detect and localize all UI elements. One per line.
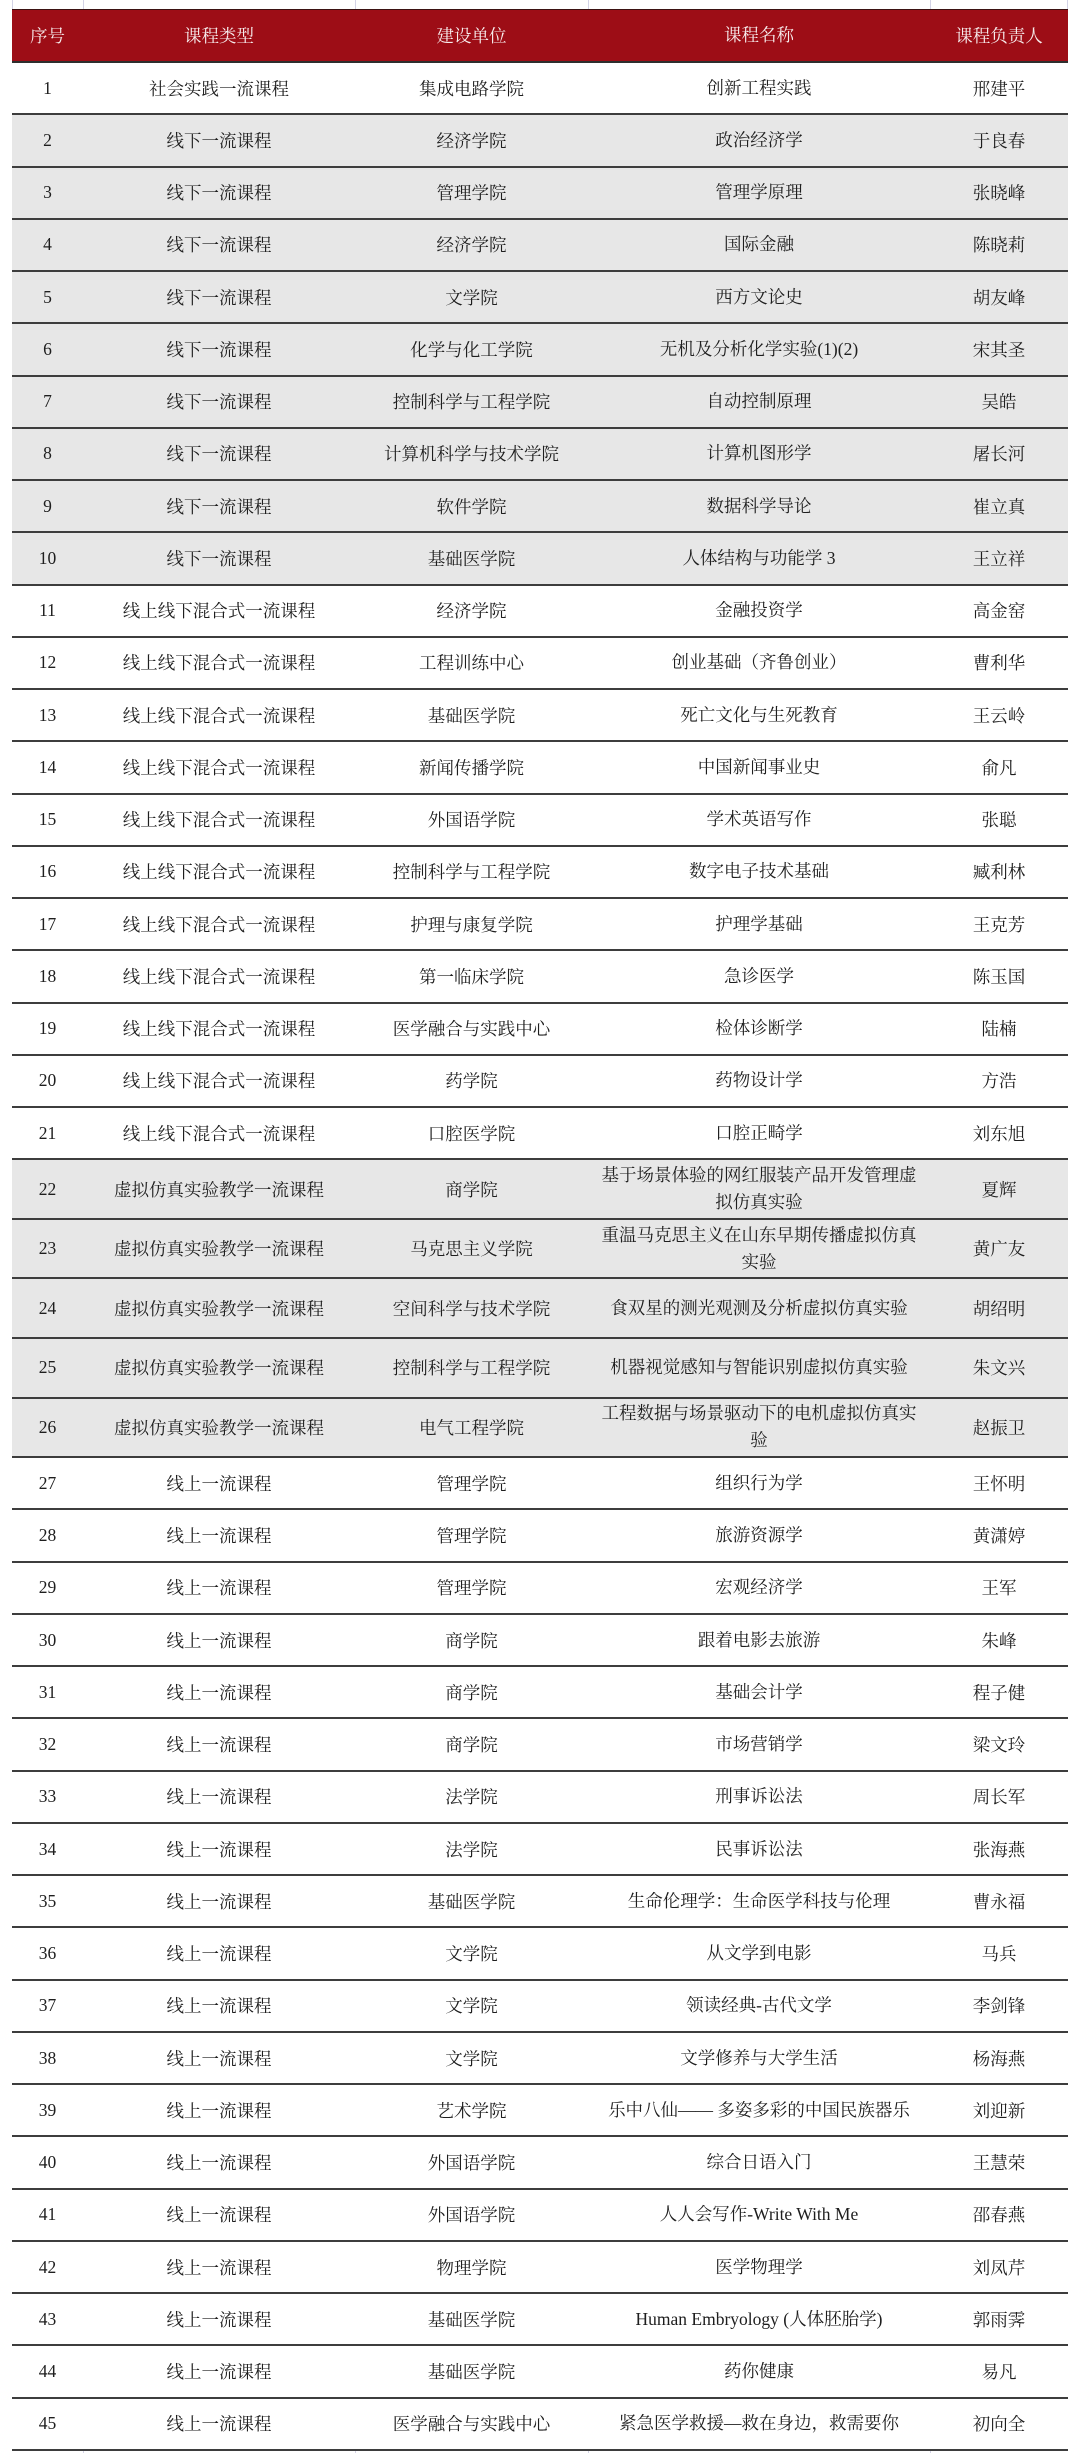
cell-course-type: 线上一流课程 [83,1719,355,1769]
cell-index: 28 [12,1510,83,1560]
cell-course-type: 虚拟仿真实验教学一流课程 [83,1399,355,1457]
cell-course-name: 医学物理学 [588,2242,930,2292]
table-row: 22虚拟仿真实验教学一流课程商学院基于场景体验的网红服装产品开发管理虚拟仿真实验… [12,1160,1068,1220]
cell-index: 2 [12,115,83,165]
cell-index: 41 [12,2190,83,2240]
cell-unit: 基础医学院 [355,2294,588,2344]
table-row: 28线上一流课程管理学院旅游资源学黄潇婷 [12,1510,1068,1562]
cell-course-type: 线上一流课程 [83,2190,355,2240]
cell-course-name: 药物设计学 [588,1056,930,1106]
cell-course-name: 组织行为学 [588,1458,930,1508]
cell-index: 22 [12,1160,83,1218]
cell-index: 27 [12,1458,83,1508]
header-index: 序号 [12,10,83,61]
table-row: 27线上一流课程管理学院组织行为学王怀明 [12,1458,1068,1510]
cell-unit: 文学院 [355,2033,588,2083]
cell-course-type: 线上一流课程 [83,2137,355,2187]
cell-index: 15 [12,795,83,845]
cell-lead: 程子健 [930,1667,1068,1717]
cell-lead: 李剑锋 [930,1981,1068,2031]
cell-index: 43 [12,2294,83,2344]
cell-unit: 商学院 [355,1160,588,1218]
cell-course-type: 线上线下混合式一流课程 [83,795,355,845]
table-row: 38线上一流课程文学院文学修养与大学生活杨海燕 [12,2033,1068,2085]
cell-unit: 计算机科学与技术学院 [355,429,588,479]
cell-course-name: 检体诊断学 [588,1004,930,1054]
cell-unit: 商学院 [355,1719,588,1769]
cell-index: 10 [12,533,83,583]
cell-index: 32 [12,1719,83,1769]
cell-unit: 控制科学与工程学院 [355,847,588,897]
cell-unit: 管理学院 [355,1510,588,1560]
cell-index: 37 [12,1981,83,2031]
cell-lead: 陈玉国 [930,951,1068,1001]
table-row: 36线上一流课程文学院从文学到电影马兵 [12,1928,1068,1980]
cell-lead: 张晓峰 [930,168,1068,218]
cell-course-name: 重温马克思主义在山东早期传播虚拟仿真实验 [588,1220,930,1278]
table-header: 序号 课程类型 建设单位 课程名称 课程负责人 [12,9,1068,63]
cell-lead: 于良春 [930,115,1068,165]
cell-course-name: 数据科学导论 [588,481,930,531]
column-divider [588,0,589,9]
cell-course-type: 线上一流课程 [83,1772,355,1822]
table-row: 1社会实践一流课程集成电路学院创新工程实践邢建平 [12,63,1068,115]
cell-unit: 文学院 [355,272,588,322]
table-row: 44线上一流课程基础医学院药你健康易凡 [12,2346,1068,2398]
cell-lead: 俞凡 [930,742,1068,792]
cell-lead: 吴皓 [930,377,1068,427]
cell-unit: 第一临床学院 [355,951,588,1001]
cell-course-name: 领读经典-古代文学 [588,1981,930,2031]
cell-course-name: 从文学到电影 [588,1928,930,1978]
cell-unit: 法学院 [355,1824,588,1874]
cell-lead: 初向全 [930,2399,1068,2449]
table-row: 17线上线下混合式一流课程护理与康复学院护理学基础王克芳 [12,899,1068,951]
cell-lead: 邢建平 [930,63,1068,113]
cell-index: 24 [12,1279,83,1337]
cell-unit: 商学院 [355,1615,588,1665]
cell-course-type: 线下一流课程 [83,481,355,531]
cell-unit: 法学院 [355,1772,588,1822]
column-divider [355,0,356,9]
cell-unit: 文学院 [355,1981,588,2031]
cell-unit: 管理学院 [355,168,588,218]
cell-course-type: 线上一流课程 [83,1981,355,2031]
cell-course-name: 政治经济学 [588,115,930,165]
table-row: 26虚拟仿真实验教学一流课程电气工程学院工程数据与场景驱动下的电机虚拟仿真实验赵… [12,1399,1068,1459]
cell-course-name: 民事诉讼法 [588,1824,930,1874]
cell-lead: 王慧荣 [930,2137,1068,2187]
cell-course-type: 线上线下混合式一流课程 [83,1056,355,1106]
cell-lead: 刘东旭 [930,1108,1068,1158]
header-unit: 建设单位 [355,10,588,61]
cell-lead: 高金窑 [930,586,1068,636]
cell-unit: 基础医学院 [355,1876,588,1926]
cell-lead: 朱文兴 [930,1339,1068,1397]
cell-lead: 邵春燕 [930,2190,1068,2240]
column-divider [1067,0,1068,9]
cell-lead: 曹利华 [930,638,1068,688]
cell-lead: 朱峰 [930,1615,1068,1665]
table-row: 24虚拟仿真实验教学一流课程空间科学与技术学院食双星的测光观测及分析虚拟仿真实验… [12,1279,1068,1339]
table-row: 45线上一流课程医学融合与实践中心紧急医学救援—救在身边，救需要你初向全 [12,2399,1068,2451]
cell-unit: 电气工程学院 [355,1399,588,1457]
cell-index: 34 [12,1824,83,1874]
cell-index: 19 [12,1004,83,1054]
cell-unit: 控制科学与工程学院 [355,377,588,427]
table-row: 21线上线下混合式一流课程口腔医学院口腔正畸学刘东旭 [12,1108,1068,1160]
cell-unit: 外国语学院 [355,2190,588,2240]
cell-index: 42 [12,2242,83,2292]
cell-index: 5 [12,272,83,322]
table-row: 25虚拟仿真实验教学一流课程控制科学与工程学院机器视觉感知与智能识别虚拟仿真实验… [12,1339,1068,1399]
cell-lead: 宋其圣 [930,324,1068,374]
cell-course-name: 基础会计学 [588,1667,930,1717]
cell-course-name: 机器视觉感知与智能识别虚拟仿真实验 [588,1339,930,1397]
table-row: 19线上线下混合式一流课程医学融合与实践中心检体诊断学陆楠 [12,1004,1068,1056]
cell-course-name: Human Embryology (人体胚胎学) [588,2294,930,2344]
cell-lead: 刘迎新 [930,2085,1068,2135]
cell-course-name: 护理学基础 [588,899,930,949]
table-row: 5线下一流课程文学院西方文论史胡友峰 [12,272,1068,324]
cell-course-name: 跟着电影去旅游 [588,1615,930,1665]
table-row: 30线上一流课程商学院跟着电影去旅游朱峰 [12,1615,1068,1667]
cell-unit: 护理与康复学院 [355,899,588,949]
cell-course-type: 社会实践一流课程 [83,63,355,113]
table-row: 40线上一流课程外国语学院综合日语入门王慧荣 [12,2137,1068,2189]
table-row: 33线上一流课程法学院刑事诉讼法周长军 [12,1772,1068,1824]
cell-index: 8 [12,429,83,479]
cell-lead: 张海燕 [930,1824,1068,1874]
cell-index: 4 [12,220,83,270]
cell-lead: 黄广友 [930,1220,1068,1278]
cell-unit: 管理学院 [355,1458,588,1508]
cell-index: 1 [12,63,83,113]
cell-index: 6 [12,324,83,374]
cell-index: 17 [12,899,83,949]
cell-index: 7 [12,377,83,427]
cell-unit: 文学院 [355,1928,588,1978]
cell-unit: 基础医学院 [355,2346,588,2396]
cell-lead: 杨海燕 [930,2033,1068,2083]
cell-course-type: 线上一流课程 [83,1615,355,1665]
cell-course-name: 紧急医学救援—救在身边，救需要你 [588,2399,930,2449]
table-row: 13线上线下混合式一流课程基础医学院死亡文化与生死教育王云岭 [12,690,1068,742]
table-row: 8线下一流课程计算机科学与技术学院计算机图形学屠长河 [12,429,1068,481]
table-row: 23虚拟仿真实验教学一流课程马克思主义学院重温马克思主义在山东早期传播虚拟仿真实… [12,1220,1068,1280]
cell-course-type: 线上线下混合式一流课程 [83,586,355,636]
cell-course-type: 线上一流课程 [83,2399,355,2449]
cell-lead: 崔立真 [930,481,1068,531]
cell-course-name: 综合日语入门 [588,2137,930,2187]
cell-course-name: 市场营销学 [588,1719,930,1769]
cell-course-name: 基于场景体验的网红服装产品开发管理虚拟仿真实验 [588,1160,930,1218]
cell-course-type: 线上线下混合式一流课程 [83,690,355,740]
cell-course-name: 乐中八仙—— 多姿多彩的中国民族器乐 [588,2085,930,2135]
cell-lead: 胡友峰 [930,272,1068,322]
table-row: 10线下一流课程基础医学院人体结构与功能学 3王立祥 [12,533,1068,585]
cell-lead: 夏辉 [930,1160,1068,1218]
table-row: 42线上一流课程物理学院医学物理学刘凤芹 [12,2242,1068,2294]
cell-course-type: 线上一流课程 [83,1510,355,1560]
cell-index: 16 [12,847,83,897]
table-row: 37线上一流课程文学院领读经典-古代文学李剑锋 [12,1981,1068,2033]
cell-course-type: 线上一流课程 [83,1458,355,1508]
cell-unit: 医学融合与实践中心 [355,2399,588,2449]
table-row: 39线上一流课程艺术学院乐中八仙—— 多姿多彩的中国民族器乐刘迎新 [12,2085,1068,2137]
cell-course-name: 食双星的测光观测及分析虚拟仿真实验 [588,1279,930,1337]
table-row: 14线上线下混合式一流课程新闻传播学院中国新闻事业史俞凡 [12,742,1068,794]
cell-lead: 曹永福 [930,1876,1068,1926]
cell-lead: 屠长河 [930,429,1068,479]
cell-course-type: 虚拟仿真实验教学一流课程 [83,1160,355,1218]
cell-course-type: 线下一流课程 [83,429,355,479]
cell-lead: 臧利林 [930,847,1068,897]
cell-course-type: 线下一流课程 [83,533,355,583]
top-column-lines [0,0,1080,9]
table-row: 12线上线下混合式一流课程工程训练中心创业基础（齐鲁创业）曹利华 [12,638,1068,690]
cell-course-name: 管理学原理 [588,168,930,218]
table-row: 35线上一流课程基础医学院生命伦理学：生命医学科技与伦理曹永福 [12,1876,1068,1928]
cell-course-type: 线上线下混合式一流课程 [83,847,355,897]
table-row: 18线上线下混合式一流课程第一临床学院急诊医学陈玉国 [12,951,1068,1003]
cell-index: 35 [12,1876,83,1926]
cell-lead: 陈晓莉 [930,220,1068,270]
cell-course-type: 线上线下混合式一流课程 [83,638,355,688]
cell-lead: 胡绍明 [930,1279,1068,1337]
cell-unit: 药学院 [355,1056,588,1106]
cell-unit: 软件学院 [355,481,588,531]
cell-unit: 工程训练中心 [355,638,588,688]
table-row: 34线上一流课程法学院民事诉讼法张海燕 [12,1824,1068,1876]
cell-lead: 王克芳 [930,899,1068,949]
cell-lead: 刘凤芹 [930,2242,1068,2292]
cell-course-name: 宏观经济学 [588,1563,930,1613]
course-table: 序号 课程类型 建设单位 课程名称 课程负责人 1社会实践一流课程集成电路学院创… [12,9,1068,2451]
cell-course-type: 线下一流课程 [83,220,355,270]
cell-unit: 化学与化工学院 [355,324,588,374]
cell-course-name: 创新工程实践 [588,63,930,113]
cell-unit: 口腔医学院 [355,1108,588,1158]
table-row: 11线上线下混合式一流课程经济学院金融投资学高金窑 [12,586,1068,638]
cell-course-name: 死亡文化与生死教育 [588,690,930,740]
table-row: 29线上一流课程管理学院宏观经济学王军 [12,1563,1068,1615]
cell-lead: 张聪 [930,795,1068,845]
cell-course-name: 口腔正畸学 [588,1108,930,1158]
cell-unit: 基础医学院 [355,533,588,583]
table-row: 43线上一流课程基础医学院Human Embryology (人体胚胎学)郭雨霁 [12,2294,1068,2346]
cell-index: 39 [12,2085,83,2135]
table-row: 16线上线下混合式一流课程控制科学与工程学院数字电子技术基础臧利林 [12,847,1068,899]
table-row: 9线下一流课程软件学院数据科学导论崔立真 [12,481,1068,533]
cell-unit: 控制科学与工程学院 [355,1339,588,1397]
cell-unit: 艺术学院 [355,2085,588,2135]
cell-course-name: 计算机图形学 [588,429,930,479]
cell-lead: 方浩 [930,1056,1068,1106]
cell-unit: 经济学院 [355,220,588,270]
cell-course-name: 金融投资学 [588,586,930,636]
table-row: 4线下一流课程经济学院国际金融陈晓莉 [12,220,1068,272]
cell-index: 21 [12,1108,83,1158]
cell-index: 29 [12,1563,83,1613]
cell-course-name: 刑事诉讼法 [588,1772,930,1822]
cell-course-name: 旅游资源学 [588,1510,930,1560]
cell-index: 26 [12,1399,83,1457]
cell-index: 9 [12,481,83,531]
table-row: 6线下一流课程化学与化工学院无机及分析化学实验(1)(2)宋其圣 [12,324,1068,376]
cell-index: 13 [12,690,83,740]
cell-course-type: 线上一流课程 [83,1928,355,1978]
cell-index: 45 [12,2399,83,2449]
cell-unit: 经济学院 [355,115,588,165]
cell-course-type: 线下一流课程 [83,324,355,374]
cell-index: 23 [12,1220,83,1278]
cell-index: 40 [12,2137,83,2187]
table-row: 32线上一流课程商学院市场营销学梁文玲 [12,1719,1068,1771]
cell-course-type: 线上一流课程 [83,1667,355,1717]
cell-index: 36 [12,1928,83,1978]
header-lead: 课程负责人 [930,10,1068,61]
cell-course-type: 线下一流课程 [83,377,355,427]
cell-unit: 医学融合与实践中心 [355,1004,588,1054]
cell-course-type: 线上一流课程 [83,2294,355,2344]
column-divider [83,0,84,9]
header-course-name: 课程名称 [588,10,930,61]
cell-lead: 赵振卫 [930,1399,1068,1457]
cell-index: 11 [12,586,83,636]
cell-unit: 新闻传播学院 [355,742,588,792]
cell-course-name: 急诊医学 [588,951,930,1001]
cell-unit: 外国语学院 [355,795,588,845]
cell-course-name: 中国新闻事业史 [588,742,930,792]
cell-index: 33 [12,1772,83,1822]
cell-course-name: 国际金融 [588,220,930,270]
cell-course-name: 药你健康 [588,2346,930,2396]
cell-course-name: 数字电子技术基础 [588,847,930,897]
cell-unit: 基础医学院 [355,690,588,740]
cell-course-type: 线下一流课程 [83,272,355,322]
cell-lead: 王怀明 [930,1458,1068,1508]
cell-course-name: 自动控制原理 [588,377,930,427]
table-row: 3线下一流课程管理学院管理学原理张晓峰 [12,168,1068,220]
cell-lead: 王云岭 [930,690,1068,740]
cell-course-type: 线上线下混合式一流课程 [83,951,355,1001]
cell-course-name: 创业基础（齐鲁创业） [588,638,930,688]
cell-index: 30 [12,1615,83,1665]
cell-unit: 管理学院 [355,1563,588,1613]
table-row: 15线上线下混合式一流课程外国语学院学术英语写作张聪 [12,795,1068,847]
cell-course-type: 线上一流课程 [83,2085,355,2135]
table-row: 41线上一流课程外国语学院人人会写作-Write With Me邵春燕 [12,2190,1068,2242]
cell-unit: 物理学院 [355,2242,588,2292]
cell-lead: 黄潇婷 [930,1510,1068,1560]
cell-lead: 王军 [930,1563,1068,1613]
cell-course-type: 线上一流课程 [83,1876,355,1926]
cell-course-name: 人人会写作-Write With Me [588,2190,930,2240]
cell-course-type: 线上一流课程 [83,1824,355,1874]
cell-index: 12 [12,638,83,688]
cell-course-type: 线上线下混合式一流课程 [83,742,355,792]
cell-course-type: 线下一流课程 [83,168,355,218]
cell-course-type: 线下一流课程 [83,115,355,165]
cell-unit: 马克思主义学院 [355,1220,588,1278]
column-divider [930,0,931,9]
cell-index: 25 [12,1339,83,1397]
cell-unit: 集成电路学院 [355,63,588,113]
cell-lead: 周长军 [930,1772,1068,1822]
cell-course-type: 线上线下混合式一流课程 [83,899,355,949]
table-row: 2线下一流课程经济学院政治经济学于良春 [12,115,1068,167]
cell-index: 20 [12,1056,83,1106]
cell-unit: 经济学院 [355,586,588,636]
cell-unit: 外国语学院 [355,2137,588,2187]
cell-course-type: 线上线下混合式一流课程 [83,1004,355,1054]
cell-course-type: 线上一流课程 [83,1563,355,1613]
cell-course-name: 无机及分析化学实验(1)(2) [588,324,930,374]
cell-course-name: 西方文论史 [588,272,930,322]
cell-lead: 易凡 [930,2346,1068,2396]
cell-course-type: 虚拟仿真实验教学一流课程 [83,1220,355,1278]
cell-course-name: 人体结构与功能学 3 [588,533,930,583]
cell-course-name: 学术英语写作 [588,795,930,845]
column-divider [12,0,13,9]
cell-lead: 陆楠 [930,1004,1068,1054]
cell-unit: 空间科学与技术学院 [355,1279,588,1337]
cell-course-type: 线上一流课程 [83,2033,355,2083]
cell-course-type: 虚拟仿真实验教学一流课程 [83,1339,355,1397]
cell-lead: 马兵 [930,1928,1068,1978]
cell-course-type: 虚拟仿真实验教学一流课程 [83,1279,355,1337]
cell-lead: 郭雨霁 [930,2294,1068,2344]
table-row: 7线下一流课程控制科学与工程学院自动控制原理吴皓 [12,377,1068,429]
cell-index: 44 [12,2346,83,2396]
cell-course-type: 线上一流课程 [83,2242,355,2292]
cell-course-name: 文学修养与大学生活 [588,2033,930,2083]
cell-index: 31 [12,1667,83,1717]
cell-course-name: 生命伦理学：生命医学科技与伦理 [588,1876,930,1926]
cell-lead: 梁文玲 [930,1719,1068,1769]
cell-unit: 商学院 [355,1667,588,1717]
cell-lead: 王立祥 [930,533,1068,583]
cell-index: 38 [12,2033,83,2083]
header-course-type: 课程类型 [83,10,355,61]
cell-course-name: 工程数据与场景驱动下的电机虚拟仿真实验 [588,1399,930,1457]
cell-course-type: 线上一流课程 [83,2346,355,2396]
table-row: 31线上一流课程商学院基础会计学程子健 [12,1667,1068,1719]
table-row: 20线上线下混合式一流课程药学院药物设计学方浩 [12,1056,1068,1108]
cell-index: 3 [12,168,83,218]
cell-index: 14 [12,742,83,792]
cell-course-type: 线上线下混合式一流课程 [83,1108,355,1158]
cell-index: 18 [12,951,83,1001]
